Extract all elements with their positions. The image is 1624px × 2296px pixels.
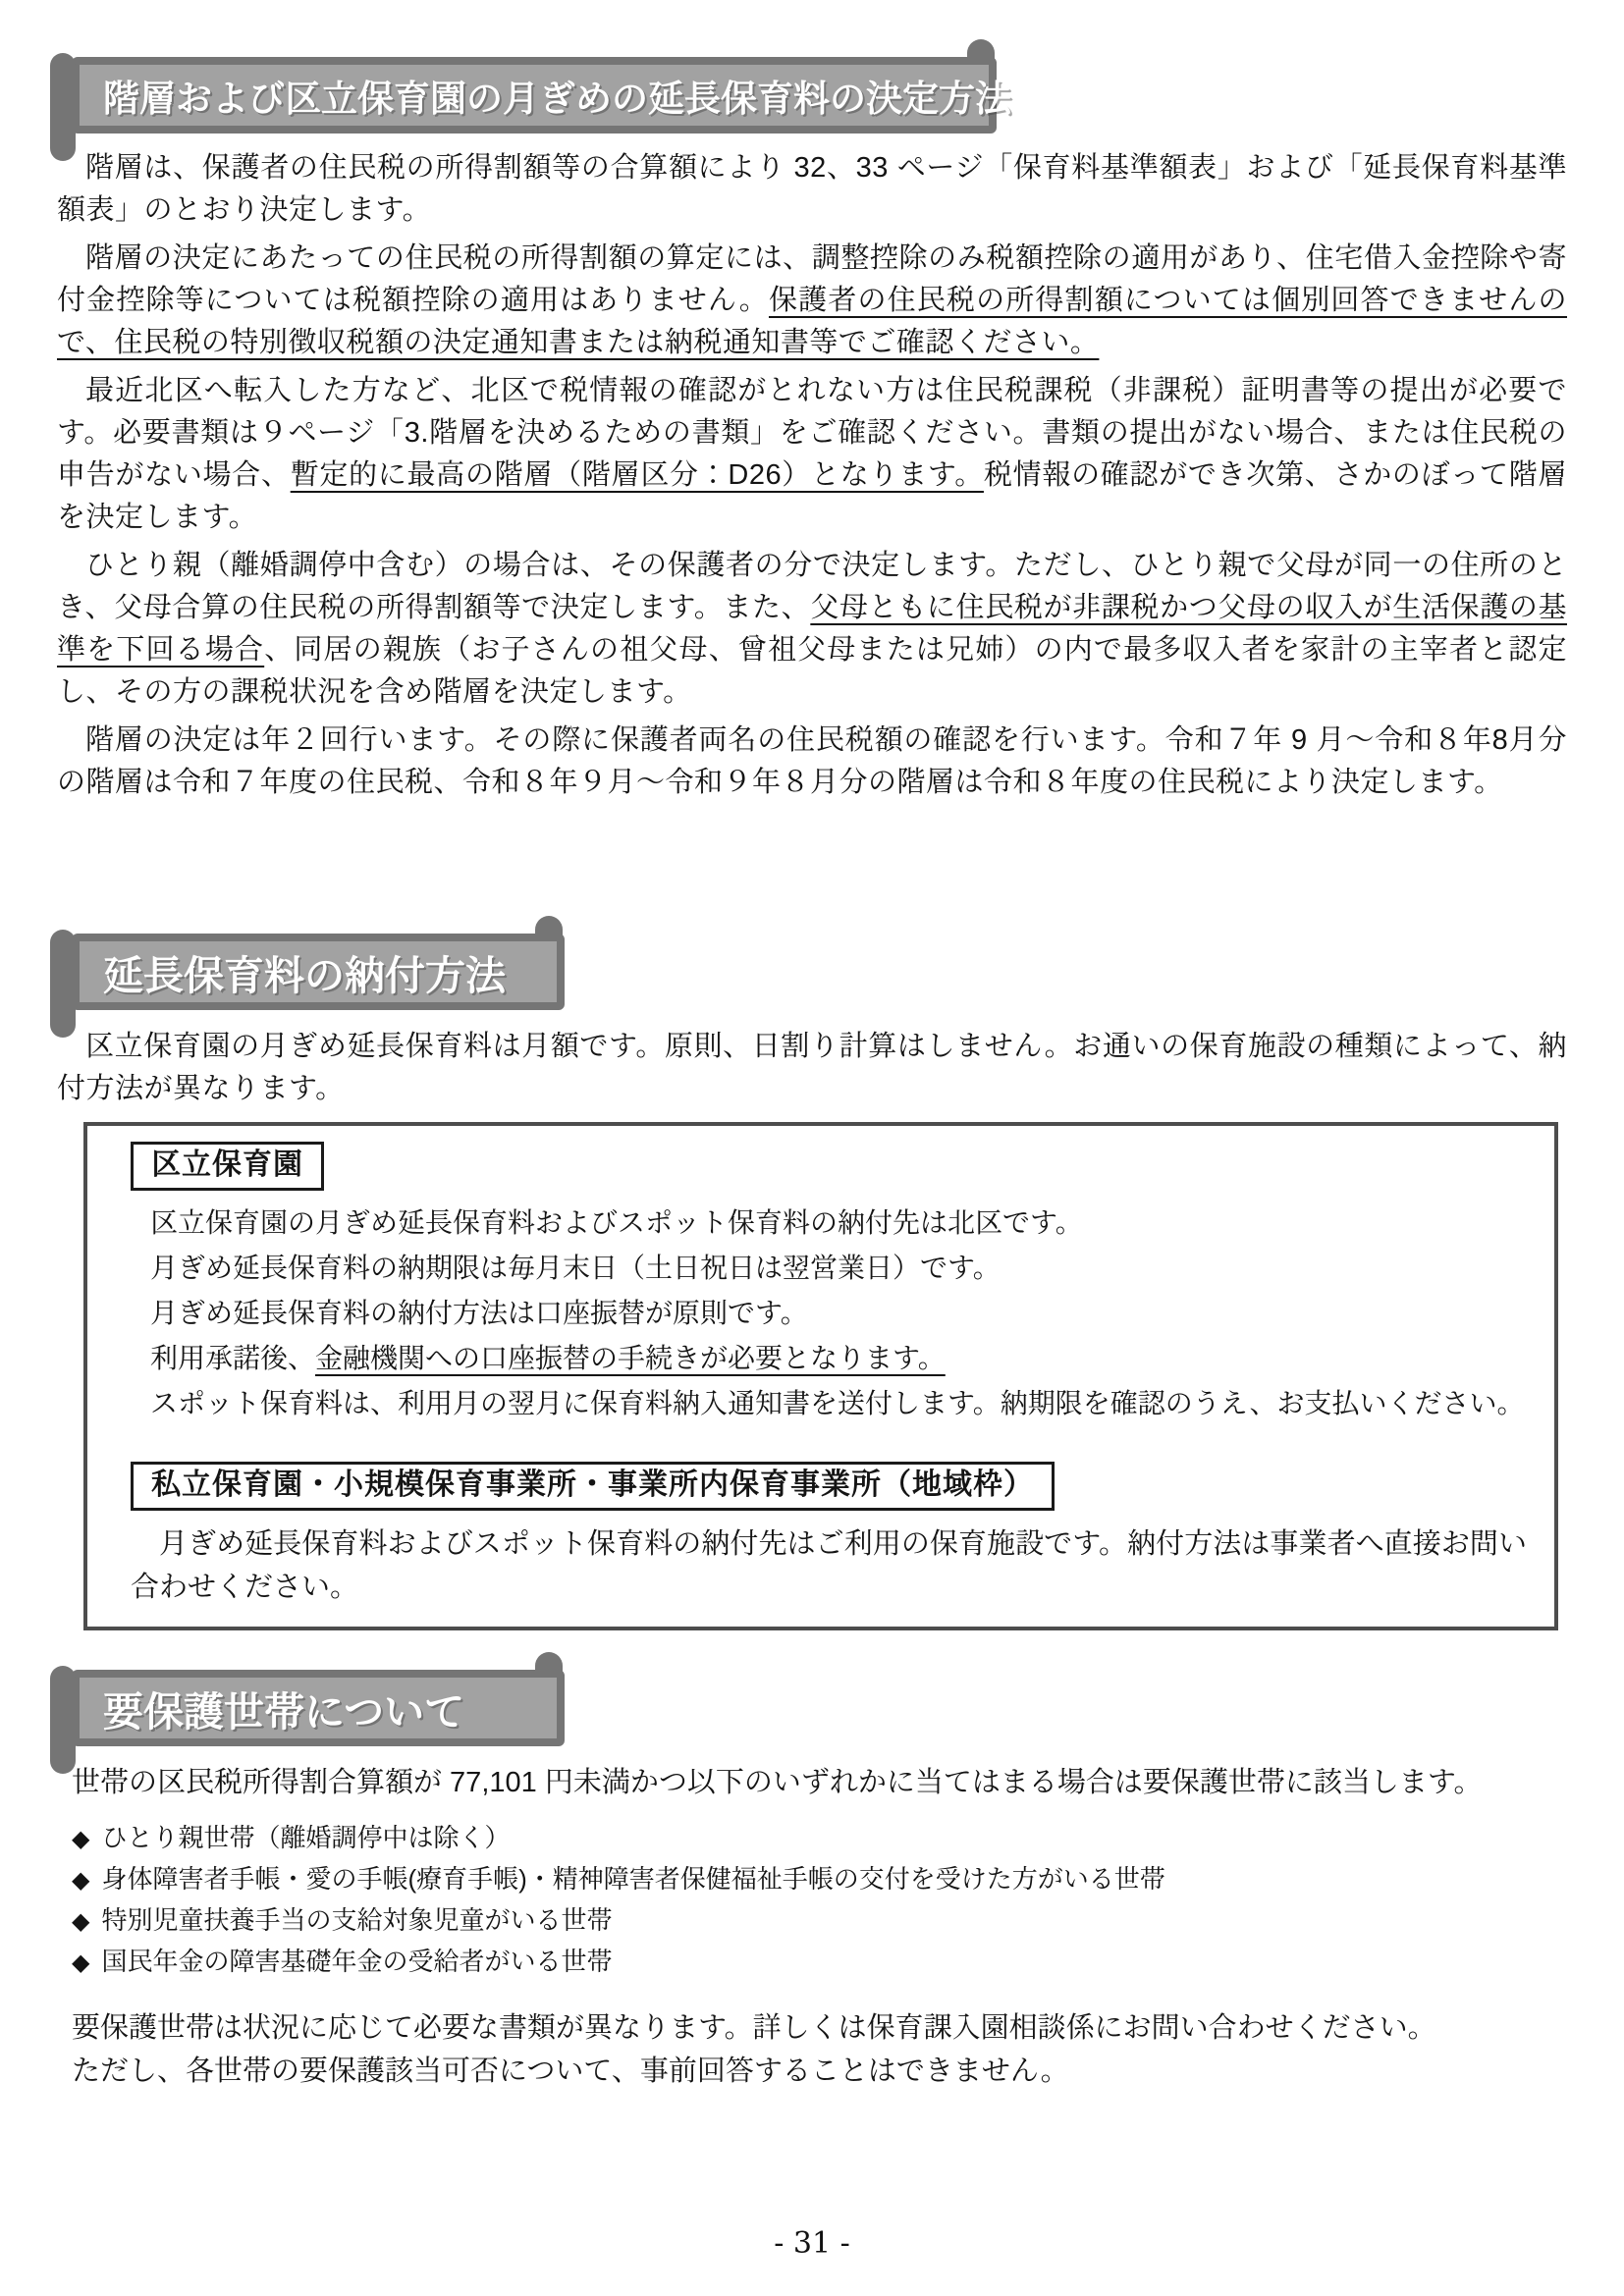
p5-text: 階層の決定は年２回行います。その際に保護者両名の住民税額の確認を行います。令和７… (57, 724, 1567, 798)
section3-title: 要保護世帯について (103, 1680, 464, 1737)
kuritsu-line-3: 月ぎめ延長保育料の納付方法は口座振替が原則です。 (150, 1291, 1527, 1336)
section1-paragraph-1: 階層は、保護者の住民税の所得割額等の合算額により 32、33 ページ「保育料基準… (57, 147, 1567, 232)
section2-intro: 区立保育園の月ぎめ延長保育料は月額です。原則、日割り計算はしません。お通いの保育… (57, 1026, 1567, 1110)
diamond-bullet-icon: ◆ (72, 1944, 89, 1983)
kuritsu-label-box: 区立保育園 (131, 1142, 324, 1191)
list-item: ◆ 身体障害者手帳・愛の手帳(療育手帳)・精神障害者保健福祉手帳の交付を受けた方… (72, 1859, 1567, 1900)
p4-text-after: 、同居の親族（お子さんの祖父母、曾祖父母または兄姉）の内で最多収入者を家計の主宰… (57, 634, 1567, 708)
section2-header-banner: 延長保育料の納付方法 (72, 934, 565, 1010)
shiritsu-label-box: 私立保育園・小規模保育事業所・事業所内保育事業所（地域枠） (131, 1462, 1055, 1511)
kuritsu-line-4-underlined: 金融機関への口座振替の手続きが必要となります。 (315, 1343, 946, 1373)
kuritsu-line-4-pre: 利用承諾後、 (150, 1343, 315, 1373)
diamond-bullet-icon: ◆ (72, 1861, 89, 1900)
section1-paragraph-4: ひとり親（離婚調停中含む）の場合は、その保護者の分で決定します。ただし、ひとり親… (57, 545, 1567, 714)
document-page: 階層および区立保育園の月ぎめの延長保育料の決定方法 階層は、保護者の住民税の所得… (0, 0, 1624, 2296)
kuritsu-line-5: スポット保育料は、利用月の翌月に保育料納入通知書を送付します。納期限を確認のうえ… (150, 1381, 1527, 1426)
p1-text: 階層は、保護者の住民税の所得割額等の合算額により 32、33 ページ「保育料基準… (57, 152, 1567, 226)
section2-intro-text: 区立保育園の月ぎめ延長保育料は月額です。原則、日割り計算はしません。お通いの保育… (57, 1031, 1567, 1104)
kuritsu-line-2: 月ぎめ延長保育料の納期限は毎月末日（土日祝日は翌営業日）です。 (150, 1246, 1527, 1291)
kuritsu-line-1: 区立保育園の月ぎめ延長保育料およびスポット保育料の納付先は北区です。 (150, 1201, 1527, 1246)
p3-underlined-text: 暫定的に最高の階層（階層区分：D26）となります。 (291, 459, 984, 491)
kuritsu-lines: 区立保育園の月ぎめ延長保育料およびスポット保育料の納付先は北区です。 月ぎめ延長… (150, 1201, 1527, 1426)
section3-note: 要保護世帯は状況に応じて必要な書類が異なります。詳しくは保育課入園相談係にお問い… (72, 2006, 1567, 2093)
page-content: 階層および区立保育園の月ぎめの延長保育料の決定方法 階層は、保護者の住民税の所得… (0, 0, 1624, 2093)
list-item-text: 国民年金の障害基礎年金の受給者がいる世帯 (101, 1942, 612, 1981)
section2-title: 延長保育料の納付方法 (103, 943, 506, 1001)
eligible-household-list: ◆ ひとり親世帯（離婚調停中は除く） ◆ 身体障害者手帳・愛の手帳(療育手帳)・… (72, 1818, 1567, 1983)
shiritsu-text: 月ぎめ延長保育料およびスポット保育料の納付先はご利用の保育施設です。納付方法は事… (131, 1522, 1527, 1609)
section1-title: 階層および区立保育園の月ぎめの延長保育料の決定方法 (103, 69, 1011, 122)
list-item-text: 特別児童扶養手当の支給対象児童がいる世帯 (101, 1900, 612, 1940)
section1-paragraph-3: 最近北区へ転入した方など、北区で税情報の確認がとれない方は住民税課税（非課税）証… (57, 370, 1567, 539)
section3-intro: 世帯の区民税所得割合算額が 77,101 円未満かつ以下のいずれかに当てはまる場… (72, 1762, 1567, 1804)
note-line-1: 要保護世帯は状況に応じて必要な書類が異なります。詳しくは保育課入園相談係にお問い… (72, 2006, 1567, 2050)
list-item: ◆ 国民年金の障害基礎年金の受給者がいる世帯 (72, 1942, 1567, 1983)
section3-header-banner: 要保護世帯について (72, 1670, 565, 1746)
section1-paragraph-5: 階層の決定は年２回行います。その際に保護者両名の住民税額の確認を行います。令和７… (57, 720, 1567, 804)
list-item: ◆ 特別児童扶養手当の支給対象児童がいる世帯 (72, 1900, 1567, 1942)
section1-paragraph-2: 階層の決定にあたっての住民税の所得割額の算定には、調整控除のみ税額控除の適用があ… (57, 238, 1567, 364)
page-number: - 31 - (0, 2226, 1624, 2261)
list-item-text: 身体障害者手帳・愛の手帳(療育手帳)・精神障害者保健福祉手帳の交付を受けた方がい… (101, 1859, 1164, 1898)
section1-header-banner: 階層および区立保育園の月ぎめの延長保育料の決定方法 (72, 57, 997, 133)
kuritsu-line-4: 利用承諾後、金融機関への口座振替の手続きが必要となります。 (150, 1336, 1527, 1381)
list-item-text: ひとり親世帯（離婚調停中は除く） (101, 1818, 510, 1857)
diamond-bullet-icon: ◆ (72, 1820, 89, 1859)
note-line-2: ただし、各世帯の要保護該当可否について、事前回答することはできません。 (72, 2050, 1567, 2093)
list-item: ◆ ひとり親世帯（離婚調停中は除く） (72, 1818, 1567, 1859)
payment-method-box: 区立保育園 区立保育園の月ぎめ延長保育料およびスポット保育料の納付先は北区です。… (83, 1122, 1558, 1630)
diamond-bullet-icon: ◆ (72, 1902, 89, 1942)
